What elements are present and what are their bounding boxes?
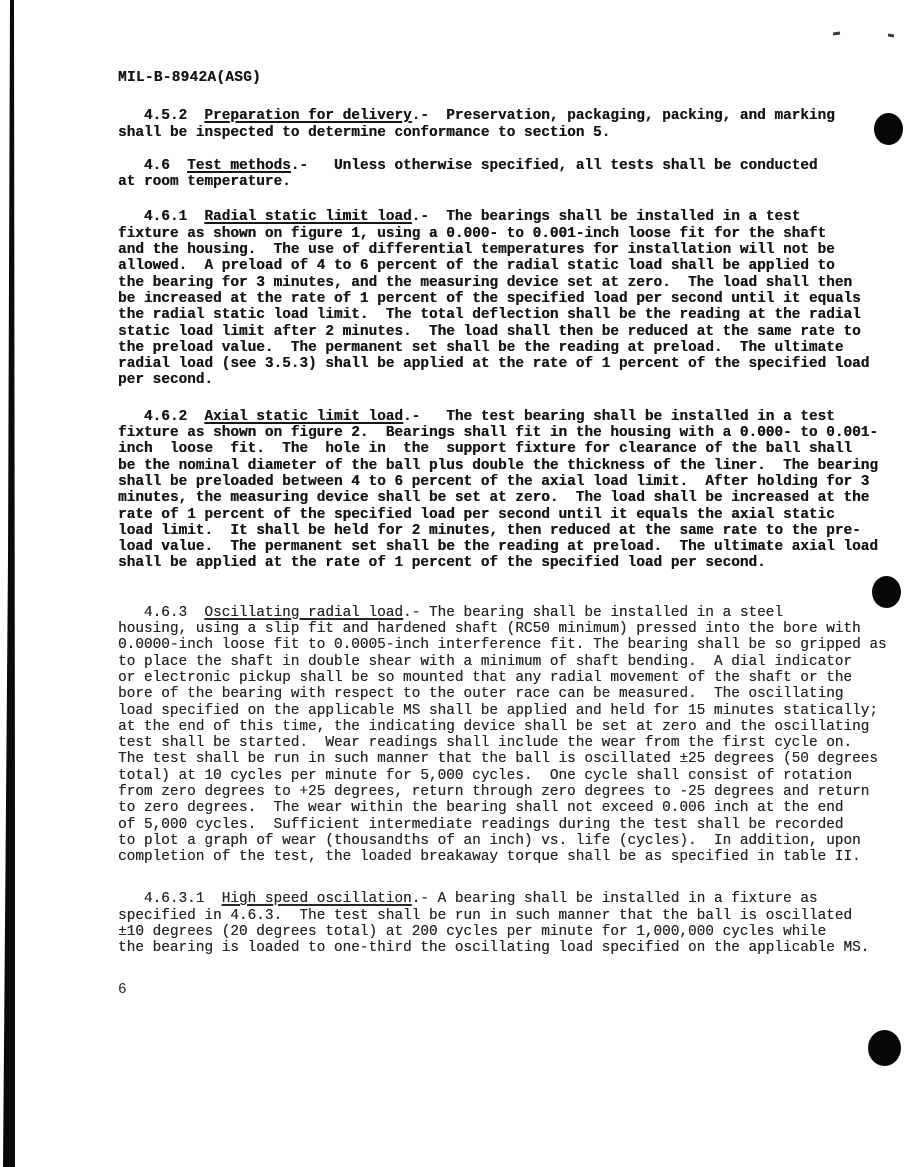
document-page: MIL-B-8942A(ASG) 4.5.2 Preparation for d… [0, 0, 905, 1167]
section-body: .- The bearing shall be installed in a s… [118, 605, 887, 865]
section-4-6-3-1: 4.6.3.1 High speed oscillation.- A beari… [118, 891, 905, 956]
scan-edge-artifact [0, 0, 22, 1167]
section-title: Test methods [187, 158, 291, 174]
section-number: 4.6.3 [118, 605, 204, 621]
section-number: 4.5.2 [118, 108, 204, 124]
section-title: Axial static limit load [204, 409, 403, 425]
section-number: 4.6.1 [118, 209, 204, 225]
section-number: 4.6.2 [118, 409, 204, 425]
section-4-6-1: 4.6.1 Radial static limit load.- The bea… [118, 209, 905, 388]
section-body: .- The test bearing shall be installed i… [118, 409, 878, 572]
page-content: MIL-B-8942A(ASG) 4.5.2 Preparation for d… [118, 70, 905, 998]
section-4-6-2: 4.6.2 Axial static limit load.- The test… [118, 409, 905, 572]
section-number: 4.6 [118, 158, 187, 174]
section-title: Radial static limit load [204, 209, 411, 225]
section-4-5-2: 4.5.2 Preparation for delivery.- Preserv… [118, 108, 905, 141]
document-id: MIL-B-8942A(ASG) [118, 70, 905, 86]
page-number: 6 [118, 982, 905, 998]
section-body: .- The bearings shall be installed in a … [118, 209, 869, 388]
punch-hole-mark-bottom [868, 1030, 901, 1066]
section-4-6: 4.6 Test methods.- Unless otherwise spec… [118, 158, 905, 191]
section-number: 4.6.3.1 [118, 891, 222, 907]
section-title: Oscillating radial load [204, 605, 403, 621]
section-title: Preparation for delivery [204, 108, 411, 124]
scan-speck [833, 32, 840, 36]
scan-speck [888, 34, 894, 38]
section-title: High speed oscillation [222, 891, 412, 907]
section-4-6-3: 4.6.3 Oscillating radial load.- The bear… [118, 605, 905, 866]
